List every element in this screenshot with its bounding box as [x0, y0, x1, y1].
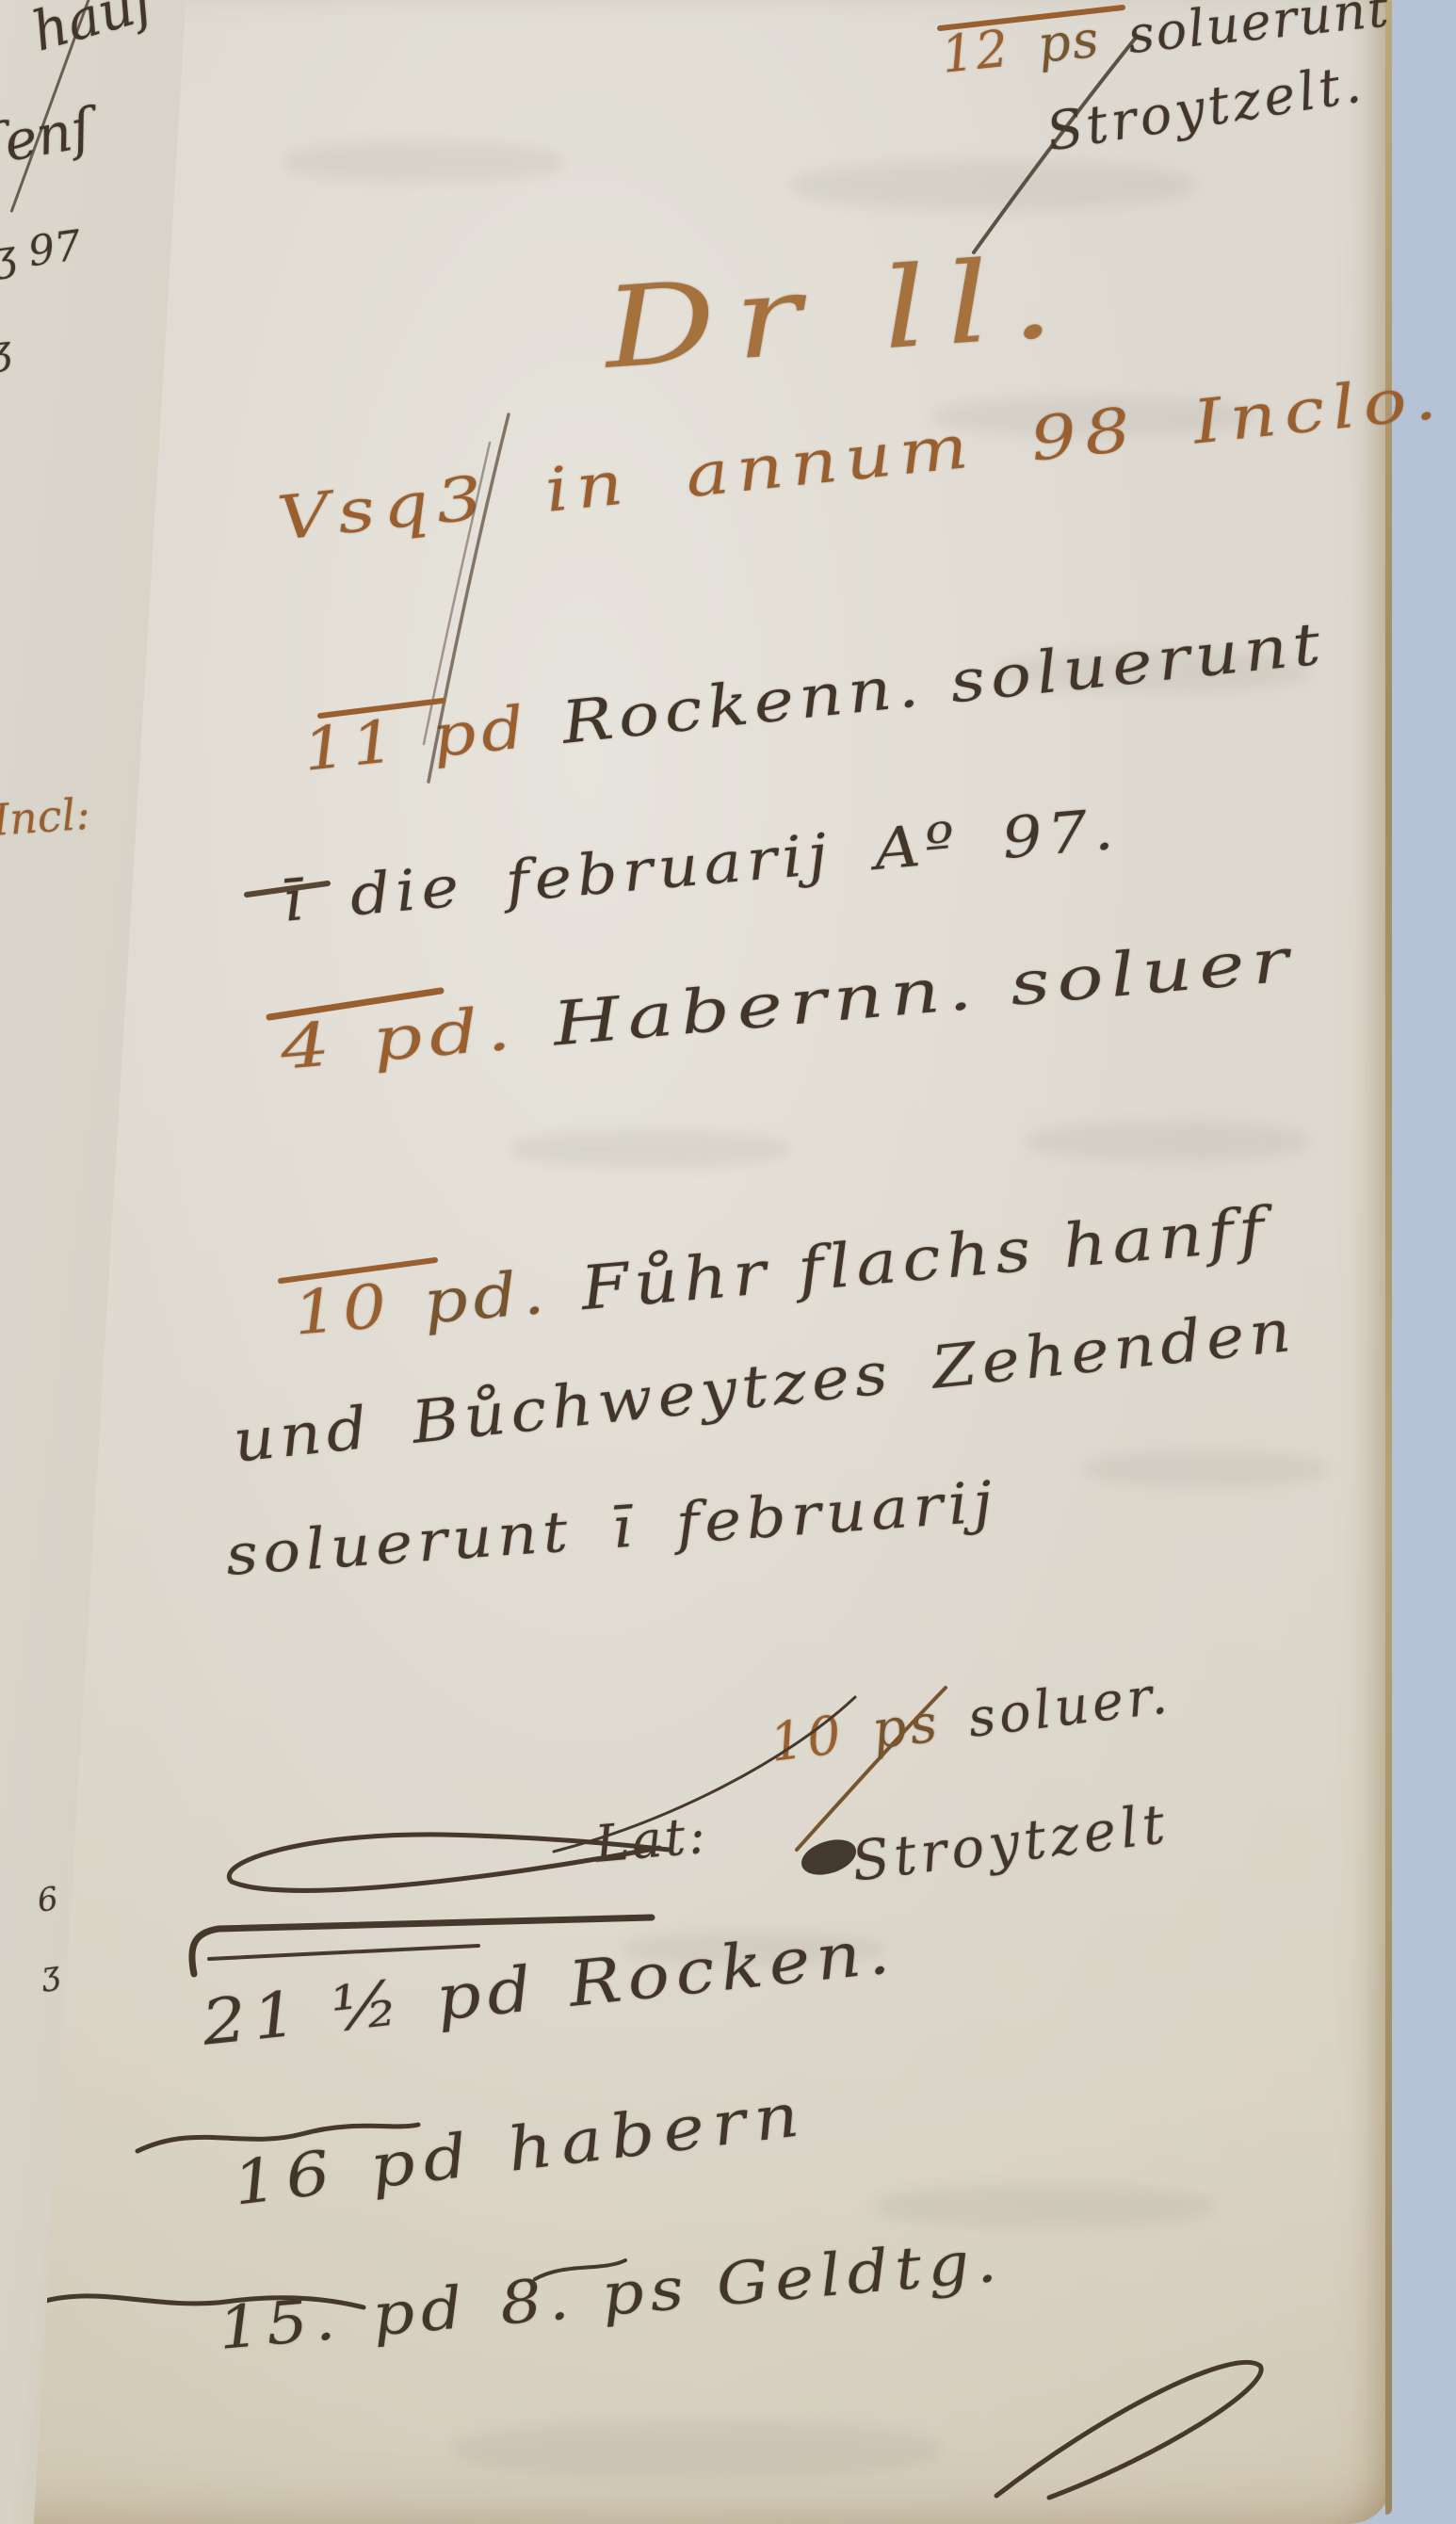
amount-4: 4 — [278, 1010, 340, 1084]
margin-fragment: ſenſ — [0, 101, 96, 173]
showthrough-smudge — [283, 141, 565, 183]
rocken-soluerunt: Rockenn. soluerunt — [558, 608, 1329, 757]
amount-10: 10 — [291, 1271, 395, 1350]
section-heading: Dr ll. — [601, 240, 1076, 383]
unit-pd: pd — [366, 2121, 480, 2203]
entry-line-habern: 4pd.Habernn. soluer — [278, 930, 1298, 1079]
total-word-habern: habern — [504, 2080, 811, 2186]
amount-12: 12 — [939, 19, 1013, 85]
margin-fragment: ʒ 97 — [0, 225, 84, 279]
showthrough-smudge — [509, 1130, 791, 1168]
unit-pd: pd — [369, 2273, 471, 2350]
entry-line-date-februarij: ī die februarij Aº 97. — [280, 801, 1121, 930]
total-line-rocken: 21 ½pdRocken. — [200, 1920, 898, 2055]
total-amount-habern: 16 — [229, 2138, 342, 2220]
showthrough-smudge — [1083, 1450, 1328, 1488]
margin-fragment-red: Incl: — [0, 792, 91, 842]
total-word-geld: 8. ps Geldtg. — [497, 2225, 1006, 2338]
unit-ps: ps — [1035, 9, 1104, 75]
amount-11: 11 — [299, 705, 403, 784]
showthrough-smudge — [791, 160, 1196, 211]
margin-fragment: ʒ — [0, 330, 13, 371]
unit-pd: pd. — [370, 994, 521, 1076]
margin-fragment: 6 — [36, 1883, 60, 1917]
latus-label: Lat: — [593, 1810, 710, 1870]
soluer-word: soluer. — [964, 1664, 1173, 1750]
total-line-geld: 15.pd8. ps Geldtg. — [216, 2231, 1005, 2358]
manuscript-photo: 12pssoluerunt Stroytzelt. Dr ll. Vsq3 in… — [0, 0, 1456, 2524]
total-amount-geld: 15. — [216, 2284, 344, 2363]
total-line-habern: 16pdhabern — [230, 2084, 811, 2214]
margin-fragment: ʒ — [40, 1956, 62, 1990]
unit-pd: pd — [432, 1952, 542, 2035]
entry-line-rocken: 11pdRockenn. soluerunt — [300, 614, 1329, 780]
unit-pd: pd — [429, 692, 533, 770]
showthrough-smudge — [876, 2185, 1215, 2228]
habern-soluer: Habernn. soluer — [550, 926, 1299, 1060]
showthrough-smudge — [452, 2420, 942, 2479]
margin-fragment: hauſ — [26, 0, 160, 59]
total-word-rocken: Rocken. — [565, 1915, 898, 2021]
entry-line-stroytzelt-top: Stroytzelt. — [1043, 57, 1368, 160]
unit-pd: pd. — [421, 1257, 553, 1337]
manuscript-page: 12pssoluerunt Stroytzelt. Dr ll. Vsq3 in… — [0, 0, 1392, 2524]
amount-10: 10 — [767, 1705, 849, 1774]
entry-line-soluerunt-februarij: soluerunt ī februarij — [224, 1474, 999, 1584]
entry-line-stroytzelt-bottom: Stroytzelt — [849, 1796, 1172, 1889]
total-amount-rocken: 21 ½ — [199, 1966, 409, 2060]
showthrough-smudge — [1027, 1121, 1309, 1162]
unit-ps: ps — [868, 1692, 944, 1761]
entry-line-10ps-soluer: 10pssoluer. — [768, 1669, 1173, 1771]
flachs-hanff-text: Fůhr flachs hanff — [578, 1195, 1272, 1325]
subheading-usque-annum: Vsq3 in annum 98 Inclo. — [275, 367, 1448, 550]
